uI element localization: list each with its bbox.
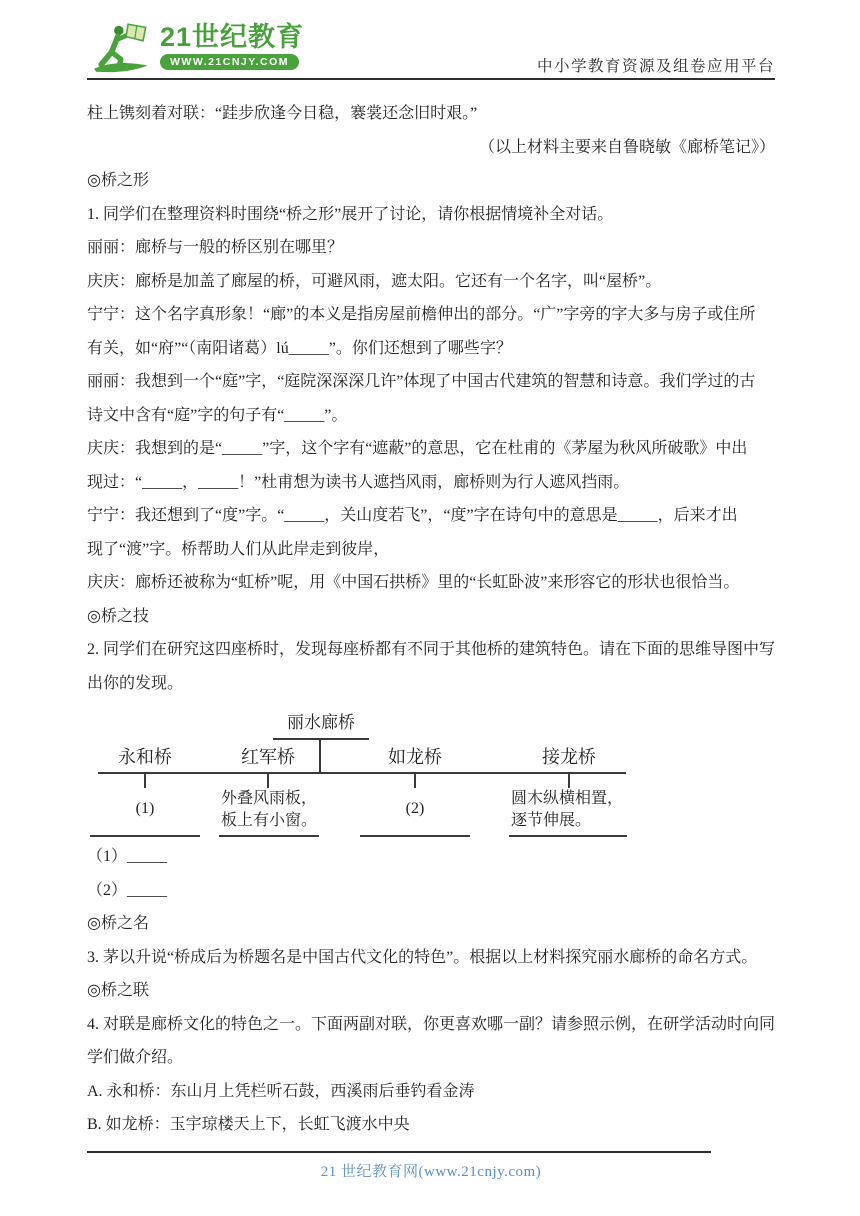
mindmap-branch-label-yonghe: 永和桥 <box>95 744 195 770</box>
footer-divider <box>87 1151 711 1153</box>
connector-tick <box>267 773 269 788</box>
answer-blank-line <box>360 835 470 837</box>
couplet-option-b: B. 如龙桥：玉宇琼楼天上下，长虹飞渡水中央 <box>87 1108 775 1142</box>
couplet-line: 柱上镌刻着对联：“跬步欣逢今日稳，褰裳还念旧时艰。” <box>87 97 775 131</box>
brand-name: 21世纪教育 <box>160 22 304 52</box>
dialogue-ningning-2a: 宁宁：我还想到了“度”字。“_____，关山度若飞”，“度”字在诗句中的意思是_… <box>87 499 775 533</box>
mindmap-root-underline <box>273 738 369 740</box>
mindmap-branch-label-rulong: 如龙桥 <box>365 744 465 770</box>
dialogue-lili-1: 丽丽：廊桥与一般的桥区别在哪里？ <box>87 231 775 265</box>
mindmap-note-blank-1: (1) <box>95 798 195 820</box>
brand-text-block: 21世纪教育 WWW.21CNJY.COM <box>160 22 304 70</box>
runner-with-book-icon <box>92 22 158 76</box>
question-2a: 2. 同学们在研究这四座桥时，发现每座桥都有不同于其他桥的建筑特色。请在下面的思… <box>87 633 775 667</box>
dialogue-lili-2a: 丽丽：我想到一个“庭”字，“庭院深深深几许”体现了中国古代建筑的智慧和诗意。我们… <box>87 365 775 399</box>
connector-tick <box>568 773 570 788</box>
source-attribution: （以上材料主要来自鲁晓敏《廊桥笔记》） <box>87 131 775 165</box>
answer-blank-line <box>219 835 319 837</box>
dialogue-qingqing-3: 庆庆：廊桥还被称为“虹桥”呢，用《中国石拱桥》里的“长虹卧波”来形容它的形状也很… <box>87 566 775 600</box>
mindmap-main-line <box>98 772 626 774</box>
mindmap-note-jielong: 圆木纵横相置， 逐节伸展。 <box>511 788 641 832</box>
question-3: 3. 茅以升说“桥成后为桥题名是中国古代文化的特色”。根据以上材料探究丽水廊桥的… <box>87 941 775 975</box>
mindmap-note-blank-2: (2) <box>365 798 465 820</box>
couplet-option-a: A. 永和桥：东山月上凭栏听石鼓，西溪雨后垂钓看金涛 <box>87 1075 775 1109</box>
question-2b: 出你的发现。 <box>87 667 775 701</box>
connector-tick <box>144 773 146 788</box>
answer-blank-line <box>509 835 627 837</box>
section-title-bridge-name: ◎桥之名 <box>87 907 775 941</box>
dialogue-lili-2b: 诗文中含有“庭”字的句子有“_____”。 <box>87 399 775 433</box>
dialogue-qingqing-2a: 庆庆：我想到的是“_____”字，这个字有“遮蔽”的意思，它在杜甫的《茅屋为秋风… <box>87 432 775 466</box>
mindmap-branch-label-hongjun: 红军桥 <box>218 744 318 770</box>
blank-answer-1: （1）_____ <box>87 840 775 874</box>
dialogue-ningning-2b: 现了“渡”字。桥帮助人们从此岸走到彼岸， <box>87 533 775 567</box>
question-4b: 学们做介绍。 <box>87 1041 775 1075</box>
section-title-bridge-shape: ◎桥之形 <box>87 164 775 198</box>
footer-site-label: 21 世纪教育网(www.21cnjy.com) <box>87 1160 775 1181</box>
answer-blank-line <box>90 835 200 837</box>
dialogue-ningning-1a: 宁宁：这个名字真形象！“廊”的本义是指房屋前檐伸出的部分。“广”字旁的字大多与房… <box>87 298 775 332</box>
mindmap-root-label: 丽水廊桥 <box>273 709 369 737</box>
mindmap-branch-label-jielong: 接龙桥 <box>519 744 619 770</box>
dialogue-qingqing-2b: 现过：“_____，_____！”杜甫想为读书人遮挡风雨，廊桥则为行人遮风挡雨。 <box>87 466 775 500</box>
brand-website: WWW.21CNJY.COM <box>160 54 299 70</box>
dialogue-ningning-1b: 有关，如“府”“（南阳诸葛）lú_____”。你们还想到了哪些字？ <box>87 332 775 366</box>
blank-answer-2: （2）_____ <box>87 874 775 908</box>
document-body: 柱上镌刻着对联：“跬步欣逢今日稳，褰裳还念旧时艰。” （以上材料主要来自鲁晓敏《… <box>87 97 775 1142</box>
mindmap-note-hongjun: 外叠风雨板， 板上有小窗。 <box>221 788 331 832</box>
connector-tick <box>414 773 416 788</box>
dialogue-qingqing-1: 庆庆：廊桥是加盖了廊屋的桥，可避风雨，遮太阳。它还有一个名字，叫“屋桥”。 <box>87 265 775 299</box>
platform-tagline: 中小学教育资源及组卷应用平台 <box>537 54 775 76</box>
question-1: 1. 同学们在整理资料时围绕“桥之形”展开了讨论，请你根据情境补全对话。 <box>87 198 775 232</box>
connector-line-vertical <box>319 739 321 773</box>
mindmap-diagram: 丽水廊桥 永和桥 红军桥 如龙桥 接龙桥 (1) 外叠风雨板， 板上有小窗。 (… <box>87 700 775 840</box>
header-divider <box>87 78 775 80</box>
section-title-bridge-technique: ◎桥之技 <box>87 600 775 634</box>
brand-logo: 21世纪教育 WWW.21CNJY.COM <box>92 22 304 76</box>
section-title-bridge-couplet: ◎桥之联 <box>87 974 775 1008</box>
question-4a: 4. 对联是廊桥文化的特色之一。下面两副对联，你更喜欢哪一副？请参照示例，在研学… <box>87 1008 775 1042</box>
